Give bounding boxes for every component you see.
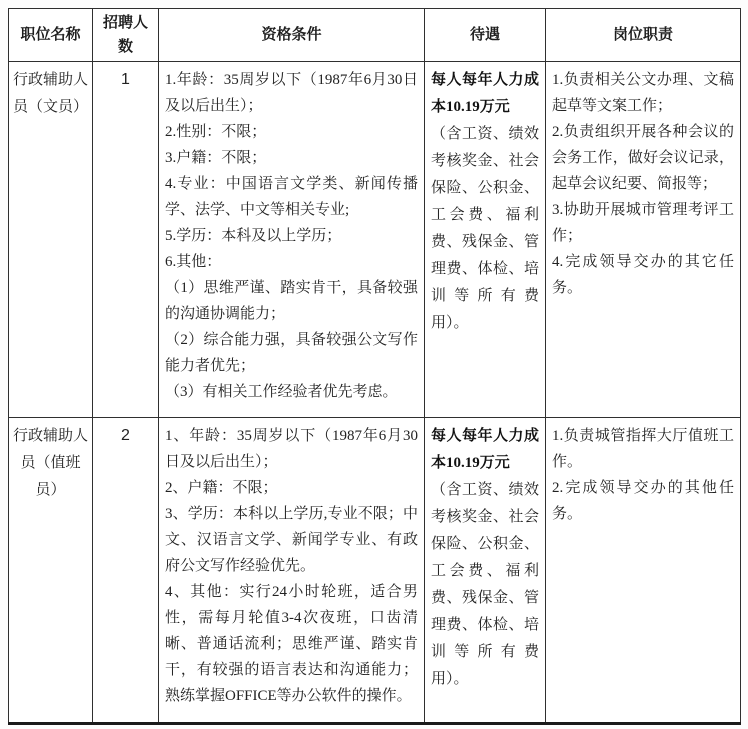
salary-headline: 每人每年人力成本10.19万元 — [431, 423, 539, 477]
duty-item: 1.负责城管指挥大厅值班工作。 — [552, 423, 734, 475]
salary-detail: （含工资、绩效考核奖金、社会保险、公积金、工会费、福利费、残保金、管理费、体检、… — [431, 121, 539, 337]
salary-detail: （含工资、绩效考核奖金、社会保险、公积金、工会费、福利费、残保金、管理费、体检、… — [431, 477, 539, 693]
qualification-item: 2、户籍：不限； — [165, 475, 418, 501]
qualification-item: 2.性别：不限； — [165, 119, 418, 145]
duties-cell: 1.负责城管指挥大厅值班工作。 2.完成领导交办的其他任务。 — [546, 418, 741, 724]
qualification-item: 4.专业：中国语言文学类、新闻传播学、法学、中文等相关专业; — [165, 171, 418, 223]
qualification-item: （3）有相关工作经验者优先考虑。 — [165, 379, 418, 405]
table-row-clerk: 行政辅助人员（文员） 1 1.年龄：35周岁以下（1987年6月30日及以后出生… — [9, 62, 741, 418]
qualifications-cell: 1、年龄：35周岁以下（1987年6月30日及以后出生）； 2、户籍：不限； 3… — [159, 418, 425, 724]
duty-item: 3.协助开展城市管理考评工作； — [552, 197, 734, 249]
recruit-count-cell: 1 — [93, 62, 159, 418]
header-row: 职位名称 招聘人数 资格条件 待遇 岗位职责 — [9, 9, 741, 62]
compensation-cell: 每人每年人力成本10.19万元 （含工资、绩效考核奖金、社会保险、公积金、工会费… — [425, 418, 546, 724]
duties-cell: 1.负责相关公文办理、文稿起草等文案工作； 2.负责组织开展各种会议的会务工作，… — [546, 62, 741, 418]
duty-item: 2.完成领导交办的其他任务。 — [552, 475, 734, 527]
qualification-item: 6.其他： — [165, 249, 418, 275]
qualification-item: （1）思维严谨、踏实肯干，具备较强的沟通协调能力； — [165, 275, 418, 327]
header-qualifications: 资格条件 — [159, 9, 425, 62]
table-row-duty-officer: 行政辅助人员（值班员） 2 1、年龄：35周岁以下（1987年6月30日及以后出… — [9, 418, 741, 724]
qualification-item: 4、其他：实行24小时轮班，适合男性，需每月轮值3-4次夜班，口齿清晰、普通话流… — [165, 579, 418, 709]
duty-item: 2.负责组织开展各种会议的会务工作，做好会议记录，起草会议纪要、简报等； — [552, 119, 734, 197]
header-position-name: 职位名称 — [9, 9, 93, 62]
position-name-cell: 行政辅助人员（文员） — [9, 62, 93, 418]
position-name-cell: 行政辅助人员（值班员） — [9, 418, 93, 724]
header-recruit-count: 招聘人数 — [93, 9, 159, 62]
salary-headline: 每人每年人力成本10.19万元 — [431, 67, 539, 121]
qualification-item: 5.学历：本科及以上学历； — [165, 223, 418, 249]
qualification-item: 3、学历：本科以上学历,专业不限；中文、汉语言文学、新闻学专业、有政府公文写作经… — [165, 501, 418, 579]
recruitment-table: 职位名称 招聘人数 资格条件 待遇 岗位职责 行政辅助人员（文员） 1 1.年龄… — [8, 8, 741, 725]
recruit-count-cell: 2 — [93, 418, 159, 724]
duty-item: 1.负责相关公文办理、文稿起草等文案工作； — [552, 67, 734, 119]
compensation-cell: 每人每年人力成本10.19万元 （含工资、绩效考核奖金、社会保险、公积金、工会费… — [425, 62, 546, 418]
qualifications-cell: 1.年龄：35周岁以下（1987年6月30日及以后出生）； 2.性别：不限； 3… — [159, 62, 425, 418]
duty-item: 4.完成领导交办的其它任务。 — [552, 249, 734, 301]
header-compensation: 待遇 — [425, 9, 546, 62]
qualification-item: 1.年龄：35周岁以下（1987年6月30日及以后出生）； — [165, 67, 418, 119]
document-page: 职位名称 招聘人数 资格条件 待遇 岗位职责 行政辅助人员（文员） 1 1.年龄… — [0, 0, 748, 725]
qualification-item: （2）综合能力强，具备较强公文写作能力者优先； — [165, 327, 418, 379]
qualification-item: 3.户籍：不限； — [165, 145, 418, 171]
header-duties: 岗位职责 — [546, 9, 741, 62]
qualification-item: 1、年龄：35周岁以下（1987年6月30日及以后出生）； — [165, 423, 418, 475]
